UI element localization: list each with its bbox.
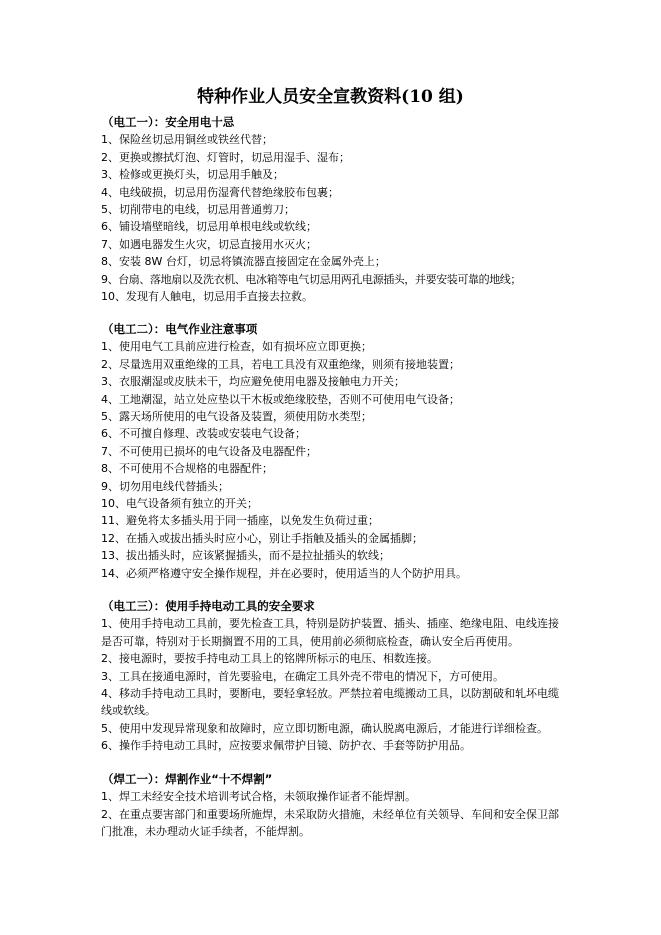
list-item: 1、焊工未经安全技术培训考试合格，未领取操作证者不能焊割。 — [101, 788, 569, 805]
list-item: 1、保险丝切忌用铜丝或铁丝代替； — [101, 131, 571, 148]
section-heading: （电工二）：电气作业注意事项 — [102, 321, 571, 338]
list-item: 5、切削带电的电线，切忌用普通剪刀； — [101, 201, 571, 218]
list-item: 7、不可使用已损坏的电气设备及电器配件； — [101, 443, 571, 460]
list-item: 2、更换或擦拭灯泡、灯管时，切忌用湿手、湿布； — [101, 149, 571, 166]
list-item: 10、发现有人触电，切忌用手直接去拉救。 — [101, 288, 571, 305]
list-item: 2、尽量选用双重绝缘的工具，若电工具没有双重绝缘，则须有接地装置； — [101, 356, 571, 373]
document-title: 特种作业人员安全宣教资料(10 组) — [0, 86, 661, 108]
list-item: 4、移动手持电动工具时，要断电，要轻拿轻放。严禁拉着电缆搬动工具，以防割破和轧坏… — [101, 685, 569, 720]
list-item: 9、台扇、落地扇以及洗衣机、电冰箱等电气切忌用两孔电源插头，并要安装可靠的地线； — [101, 271, 571, 288]
section-heading: （焊工一）：焊割作业“十不焊割” — [102, 771, 569, 788]
list-item: 1、使用手持电动工具前，要先检查工具，特别是防护装置、插头、插座、绝缘电阻、电线… — [101, 615, 569, 650]
list-item: 4、电线破损，切忌用伤湿膏代替绝缘胶布包裹； — [101, 184, 571, 201]
list-item: 10、电气设备须有独立的开关； — [101, 495, 571, 512]
list-item: 13、拔出插头时，应该紧握插头，而不是拉扯插头的软线； — [101, 547, 571, 564]
list-item: 11、避免将太多插头用于同一插座，以免发生负荷过重； — [101, 512, 571, 529]
list-item: 7、如遇电器发生火灾，切忌直接用水灭火； — [101, 236, 571, 253]
list-item: 8、安装 8W 台灯，切忌将镇流器直接固定在金属外壳上； — [101, 253, 571, 270]
list-item: 6、不可擅自修理、改装或安装电气设备； — [101, 425, 571, 442]
list-item: 1、使用电气工具前应进行检查，如有损坏应立即更换； — [101, 338, 571, 355]
section-welder-1: （焊工一）：焊割作业“十不焊割” 1、焊工未经安全技术培训考试合格，未领取操作证… — [101, 771, 569, 841]
list-item: 5、使用中发现异常现象和故障时，应立即切断电源，确认脱离电源后，才能进行详细检查… — [101, 720, 569, 737]
list-item: 9、切勿用电线代替插头； — [101, 478, 571, 495]
section-electrician-3: （电工三）：使用手持电动工具的安全要求 1、使用手持电动工具前，要先检查工具，特… — [101, 598, 569, 755]
section-electrician-1: （电工一）：安全用电十忌 1、保险丝切忌用铜丝或铁丝代替； 2、更换或擦拭灯泡、… — [101, 114, 571, 305]
list-item: 4、工地潮湿，站立处应垫以干木板或绝缘胶垫，否则不可使用电气设备； — [101, 391, 571, 408]
list-item: 6、操作手持电动工具时，应按要求佩带护目镜、防护衣、手套等防护用品。 — [101, 737, 569, 754]
list-item: 6、铺设墙壁暗线，切忌用单根电线或软线； — [101, 218, 571, 235]
list-item: 3、检修或更换灯头，切忌用手触及； — [101, 166, 571, 183]
section-electrician-2: （电工二）：电气作业注意事项 1、使用电气工具前应进行检查，如有损坏应立即更换；… — [101, 321, 571, 582]
section-heading: （电工一）：安全用电十忌 — [102, 114, 571, 131]
list-item: 12、在插入或拔出插头时应小心，别让手指触及插头的金属插脚； — [101, 530, 571, 547]
section-heading: （电工三）：使用手持电动工具的安全要求 — [102, 598, 569, 615]
list-item: 5、露天场所使用的电气设备及装置，须使用防水类型； — [101, 408, 571, 425]
list-item: 14、必须严格遵守安全操作规程，并在必要时，使用适当的人个防护用具。 — [101, 565, 571, 582]
list-item: 3、衣服潮湿或皮肤未干，均应避免使用电器及接触电力开关； — [101, 373, 571, 390]
list-item: 2、接电源时，要按手持电动工具上的铭牌所标示的电压、相数连接。 — [101, 650, 569, 667]
list-item: 3、工具在接通电源时，首先要验电，在确定工具外壳不带电的情况下，方可使用。 — [101, 668, 569, 685]
list-item: 2、在重点要害部门和重要场所施焊，未采取防火措施，未经单位有关领导、车间和安全保… — [101, 806, 569, 841]
list-item: 8、不可使用不合规格的电器配件； — [101, 460, 571, 477]
